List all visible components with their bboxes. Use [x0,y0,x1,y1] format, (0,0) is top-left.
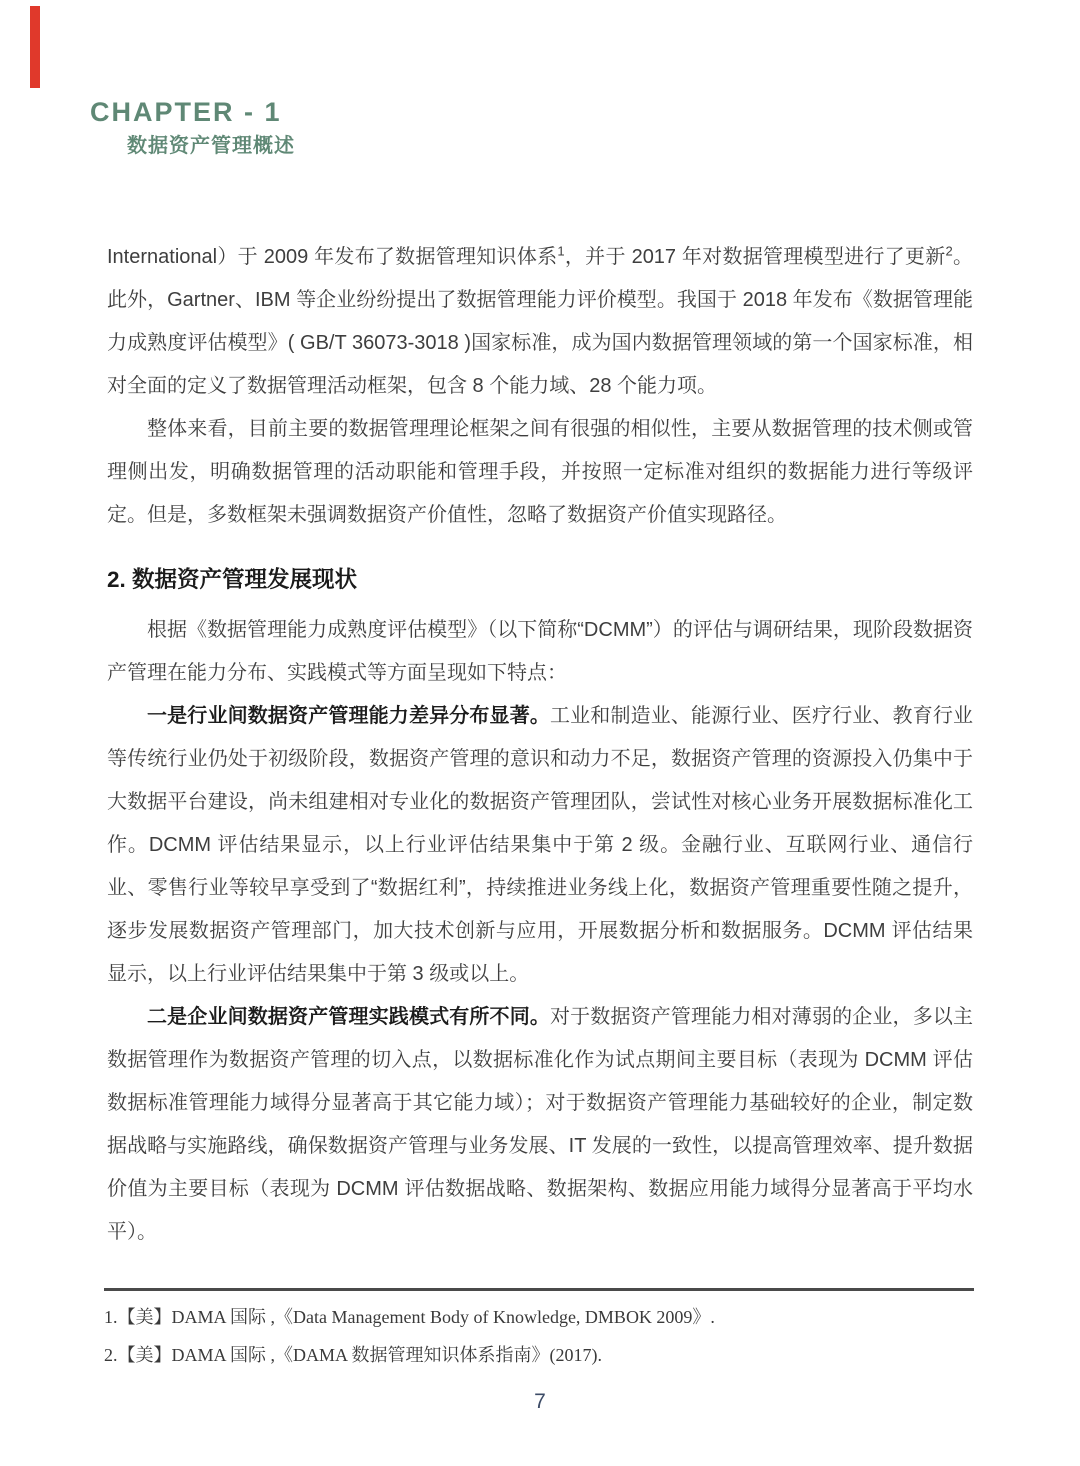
page-body: International）于 2009 年发布了数据管理知识体系1，并于 20… [107,236,973,1254]
paragraph: 一是行业间数据资产管理能力差异分布显著。工业和制造业、能源行业、医疗行业、教育行… [107,695,973,996]
footnotes: 1.【美】DAMA 国际 ,《Data Management Body of K… [104,1298,974,1374]
chapter-title: CHAPTER - 1 [90,97,282,128]
paragraph-continuation: International）于 2009 年发布了数据管理知识体系1，并于 20… [107,236,973,408]
footnote-divider [104,1288,974,1291]
footnote-2: 2.【美】DAMA 国际 ,《DAMA 数据管理知识体系指南》(2017). [104,1336,974,1374]
chapter-subtitle: 数据资产管理概述 [127,129,295,158]
document-page: CHAPTER - 1 数据资产管理概述 International）于 200… [0,0,1080,1466]
section-heading: 2. 数据资产管理发展现状 [107,563,973,597]
paragraph: 根据《数据管理能力成熟度评估模型》（以下简称“DCMM”）的评估与调研结果，现阶… [107,609,973,695]
page-number: 7 [0,1390,1080,1414]
paragraph: 二是企业间数据资产管理实践模式有所不同。对于数据资产管理能力相对薄弱的企业，多以… [107,996,973,1254]
chapter-edge-marker [30,6,40,88]
paragraph: 整体来看，目前主要的数据管理理论框架之间有很强的相似性，主要从数据管理的技术侧或… [107,408,973,537]
footnote-1: 1.【美】DAMA 国际 ,《Data Management Body of K… [104,1298,974,1336]
